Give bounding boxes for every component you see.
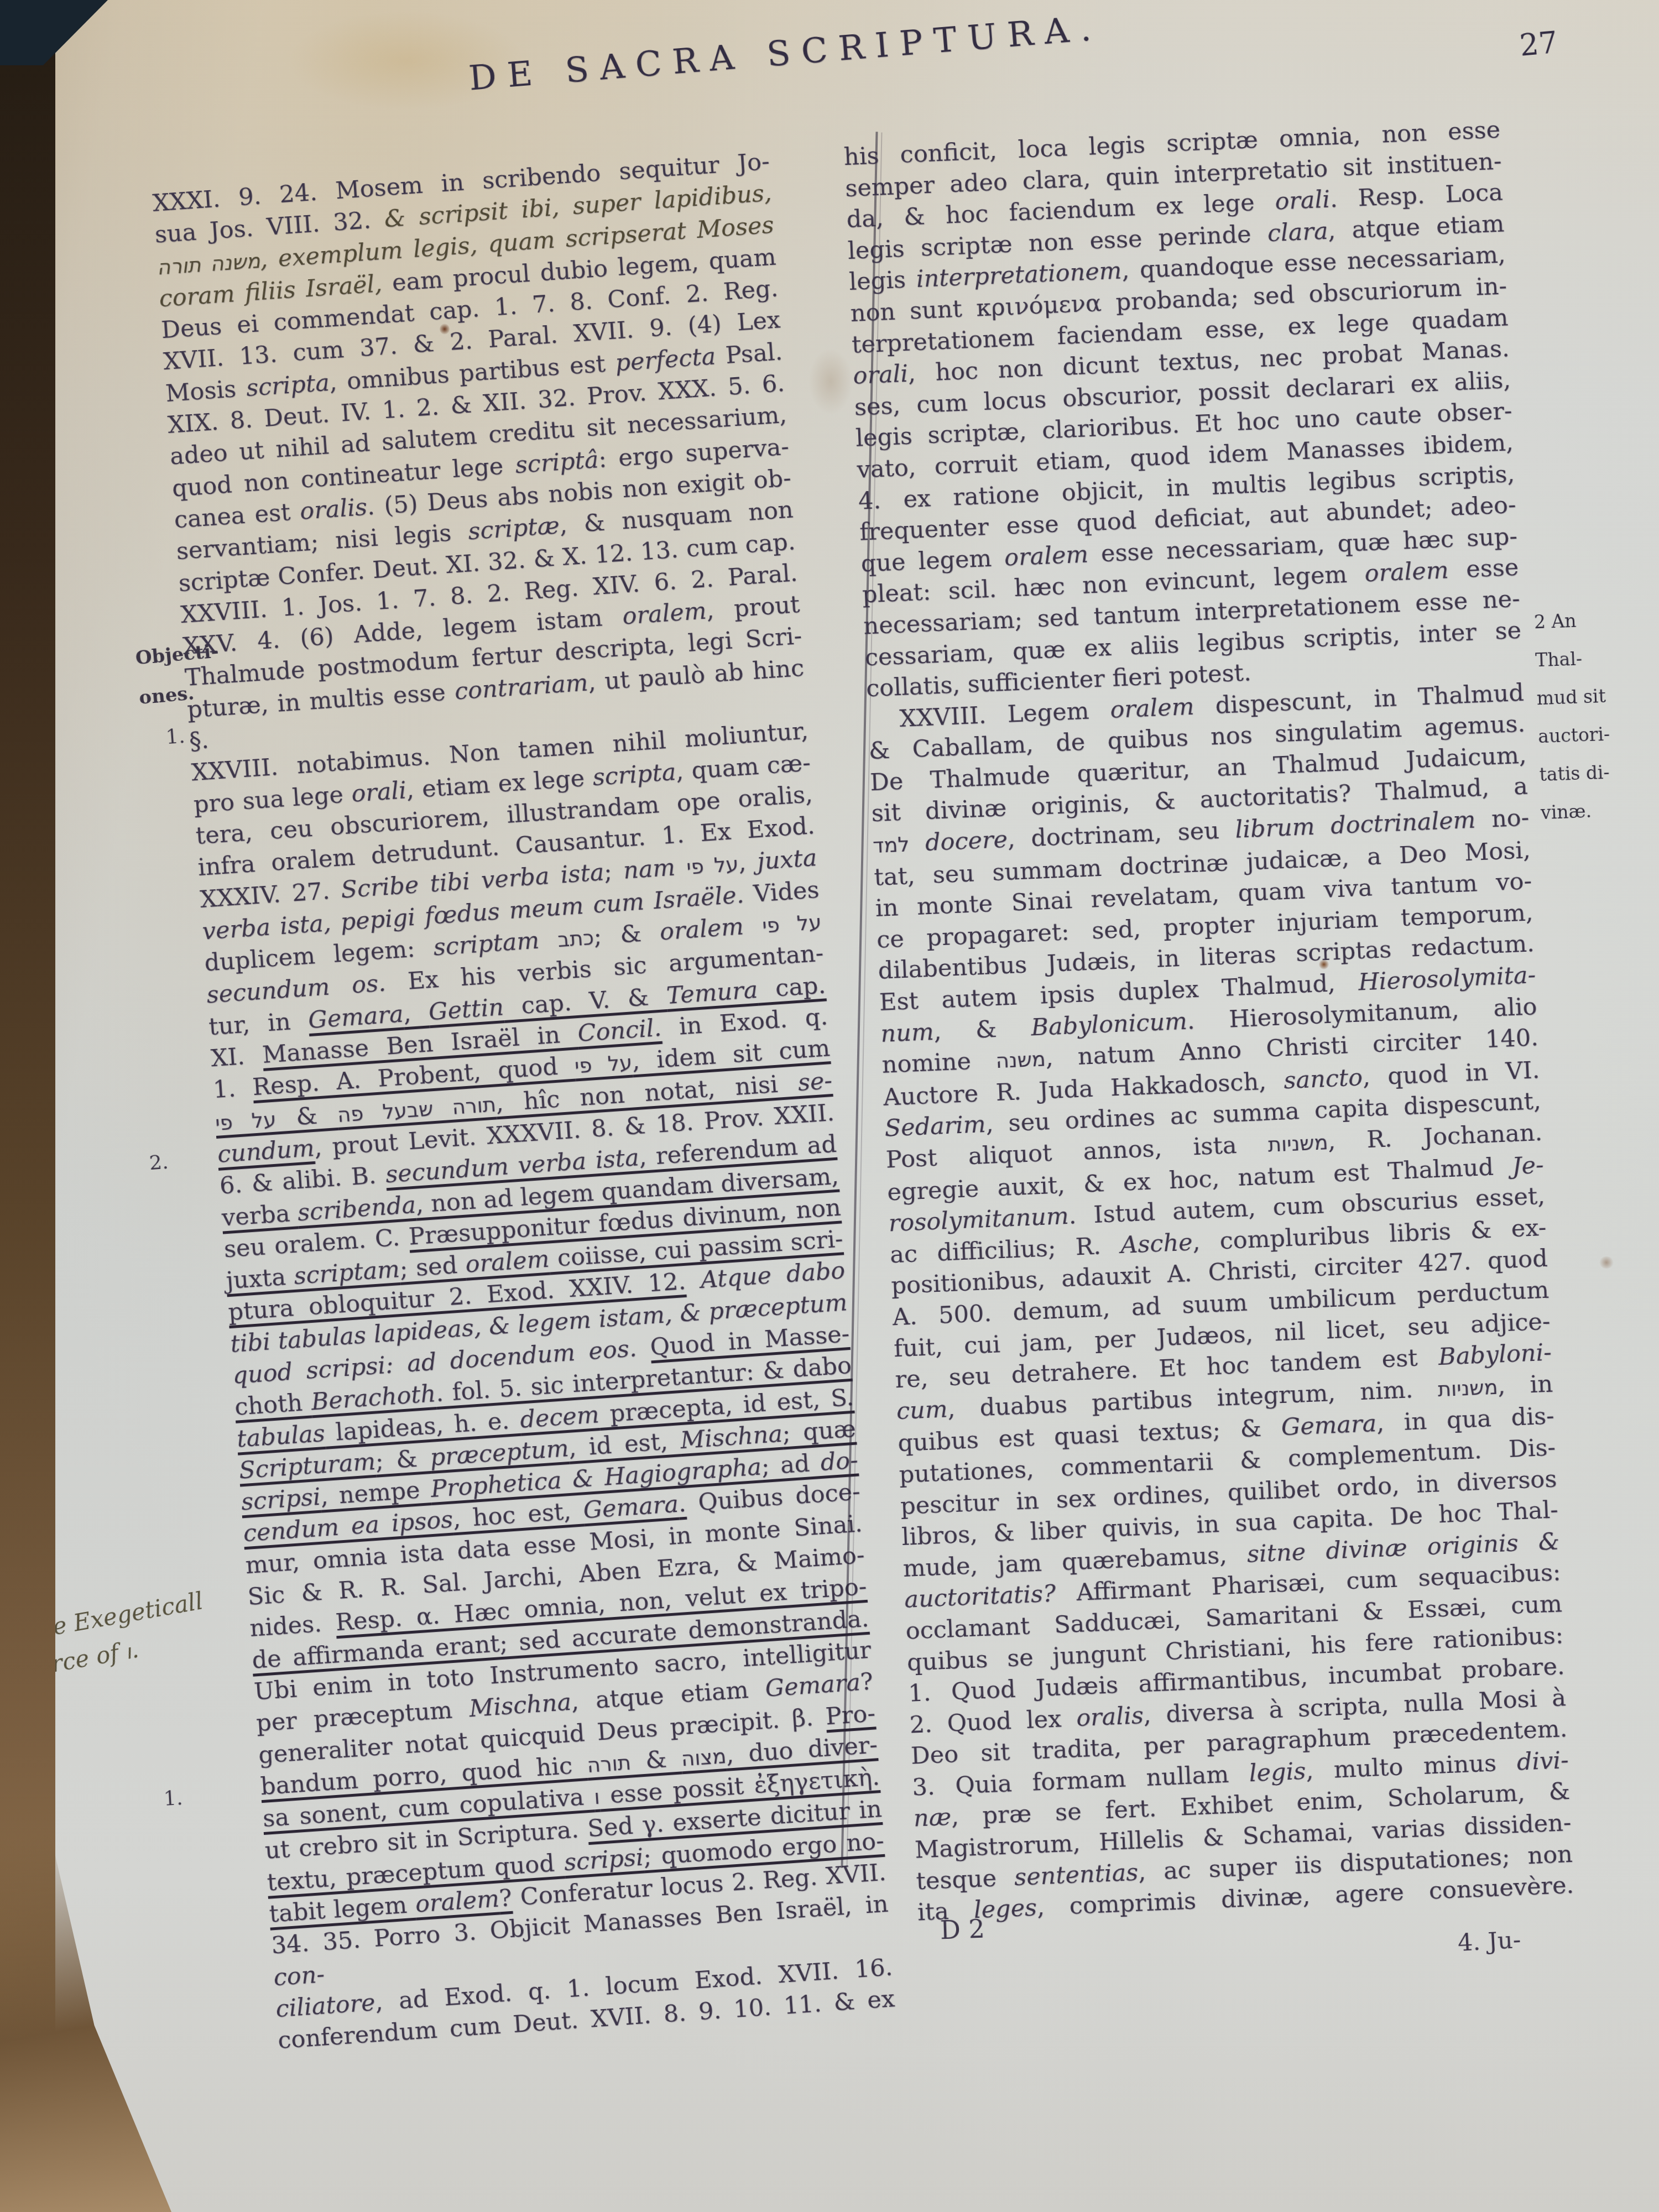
- italic-text: oralem: [1109, 692, 1194, 723]
- italic-text: Je-: [1511, 1151, 1544, 1180]
- hebrew-text: על פי: [215, 1107, 277, 1135]
- hebrew-text: ו: [593, 1785, 601, 1809]
- italic-text: Berachoth: [310, 1380, 437, 1416]
- text-line: auctori-: [1537, 715, 1610, 755]
- hebrew-text: על פי: [686, 852, 739, 879]
- italic-text: oralem: [1364, 556, 1449, 587]
- paper-stain: [1599, 1256, 1614, 1269]
- italic-text: scriptam: [432, 927, 540, 962]
- italic-text: oralem: [622, 597, 707, 630]
- italic-text: orali: [351, 776, 408, 808]
- italic-text: scriptâ: [514, 446, 599, 479]
- page-number: 27: [1518, 25, 1559, 63]
- italic-text: Mischna: [468, 1688, 572, 1723]
- italic-text: orali: [853, 360, 909, 390]
- italic-text: tabulas: [236, 1419, 326, 1453]
- hebrew-text: על פי: [574, 1051, 633, 1078]
- italic-text: oralem: [659, 912, 744, 946]
- italic-text: cundum: [217, 1134, 315, 1168]
- italic-text: Gemara: [582, 1490, 679, 1525]
- italic-text: Babylonicum: [1030, 1007, 1188, 1041]
- margin-number: 2.: [149, 1151, 169, 1175]
- italic-text: sancto: [1283, 1063, 1363, 1094]
- italic-text: se-: [797, 1067, 833, 1097]
- italic-text: legis: [1249, 1757, 1307, 1787]
- italic-text: oralis: [299, 493, 368, 525]
- italic-text: do-: [820, 1447, 859, 1477]
- italic-text: oralem: [465, 1245, 550, 1279]
- hebrew-text: כתב: [557, 926, 594, 952]
- paper-stain: [808, 348, 853, 415]
- italic-text: con-: [273, 1960, 325, 1991]
- running-title: DE SACRA SCRIPTURA.: [467, 7, 1103, 98]
- left-text-column: XXXI. 9. 24. Mosem in scribendo sequitur…: [152, 146, 896, 2057]
- italic-text: auctoritatis?: [904, 1580, 1056, 1614]
- italic-text: juxta: [757, 844, 818, 875]
- italic-text: sententias: [1014, 1858, 1139, 1891]
- margin-note-an-thalmud: 2 AnThal-mud sitauctori-tatis di-vinæ.: [1533, 601, 1613, 832]
- italic-text: num: [880, 1018, 934, 1047]
- margin-number: 1.: [165, 725, 186, 749]
- italic-text: ciliatore: [275, 1989, 376, 2023]
- italic-text: docere: [925, 826, 1008, 857]
- italic-text: perfecta: [614, 342, 717, 377]
- italic-text: Babyloni-: [1438, 1339, 1552, 1371]
- book-photo: DE SACRA SCRIPTURA. 27 XXXI. 9. 24. Mose…: [0, 0, 1659, 2212]
- page-header: DE SACRA SCRIPTURA.: [467, 0, 1297, 98]
- italic-text: scripsi: [240, 1483, 321, 1516]
- italic-text: scripta: [245, 369, 330, 402]
- hebrew-text: תורה: [586, 1750, 632, 1777]
- italic-text: Mischna: [680, 1420, 784, 1454]
- hebrew-text: מצוה: [681, 1744, 727, 1771]
- italic-text: divi-: [1516, 1746, 1569, 1776]
- italic-text: Sedarim: [884, 1110, 987, 1142]
- italic-text: scriptæ: [467, 512, 561, 546]
- italic-text: clara: [1267, 217, 1329, 248]
- italic-text: Temura: [665, 976, 758, 1010]
- italic-text: scripsi: [563, 1843, 644, 1876]
- hebrew-text: משניות: [1437, 1375, 1498, 1401]
- italic-text: decem: [519, 1401, 600, 1434]
- italic-text: oralem: [1004, 540, 1089, 571]
- italic-text: oralis: [1076, 1702, 1144, 1732]
- italic-text: scribenda: [296, 1191, 416, 1226]
- italic-text: rosolymitanum: [888, 1202, 1070, 1238]
- ink-underlined-text: Pro-: [825, 1699, 876, 1730]
- hebrew-text: על פי: [761, 910, 822, 938]
- italic-text: Asche: [1120, 1228, 1193, 1259]
- italic-text: orali: [1274, 186, 1331, 216]
- signature-mark: D 2: [940, 1914, 985, 1945]
- book-page: DE SACRA SCRIPTURA. 27 XXXI. 9. 24. Mose…: [0, 0, 1659, 2212]
- text-line: vinæ.: [1540, 791, 1613, 832]
- italic-text: Gemara: [307, 1000, 404, 1034]
- italic-text: cum: [896, 1395, 948, 1425]
- italic-text: scriptam: [293, 1255, 401, 1290]
- italic-text: nam: [622, 853, 676, 884]
- margin-note-objectiones: Objecti-ones.: [134, 632, 224, 718]
- text-line: Objecti-: [134, 632, 220, 679]
- right-text-column: his conficit, loca legis scriptæ omnia, …: [843, 114, 1574, 1929]
- text-line: mud sit: [1536, 677, 1609, 717]
- hebrew-text: משניות: [1267, 1130, 1328, 1157]
- ink-spot: [440, 324, 450, 335]
- hebrew-text: ו: [124, 1640, 133, 1664]
- italic-text: Hierosolymita-: [1358, 961, 1536, 996]
- text-line: tatis di-: [1538, 753, 1611, 794]
- catchword: 4. Ju-: [1457, 1926, 1522, 1957]
- italic-text: Gemara: [1281, 1410, 1377, 1441]
- italic-text: næ: [913, 1803, 952, 1833]
- margin-number: 1.: [163, 1787, 183, 1811]
- italic-text: oralem: [414, 1885, 500, 1918]
- hebrew-text: למד: [872, 832, 910, 858]
- hebrew-text: משנה תורה: [156, 249, 260, 280]
- text-line: Thal-: [1535, 639, 1608, 679]
- italic-text: scripta: [592, 758, 677, 791]
- text-line: 2 An: [1533, 601, 1606, 641]
- italic-text: Gettin: [427, 993, 504, 1026]
- ink-spot: [1319, 959, 1329, 969]
- italic-text: Concil.: [577, 1014, 662, 1047]
- hebrew-text: משנה: [995, 1047, 1046, 1073]
- text-line: ones.: [137, 671, 223, 718]
- ink-underlined-text: cundum: [217, 1134, 315, 1168]
